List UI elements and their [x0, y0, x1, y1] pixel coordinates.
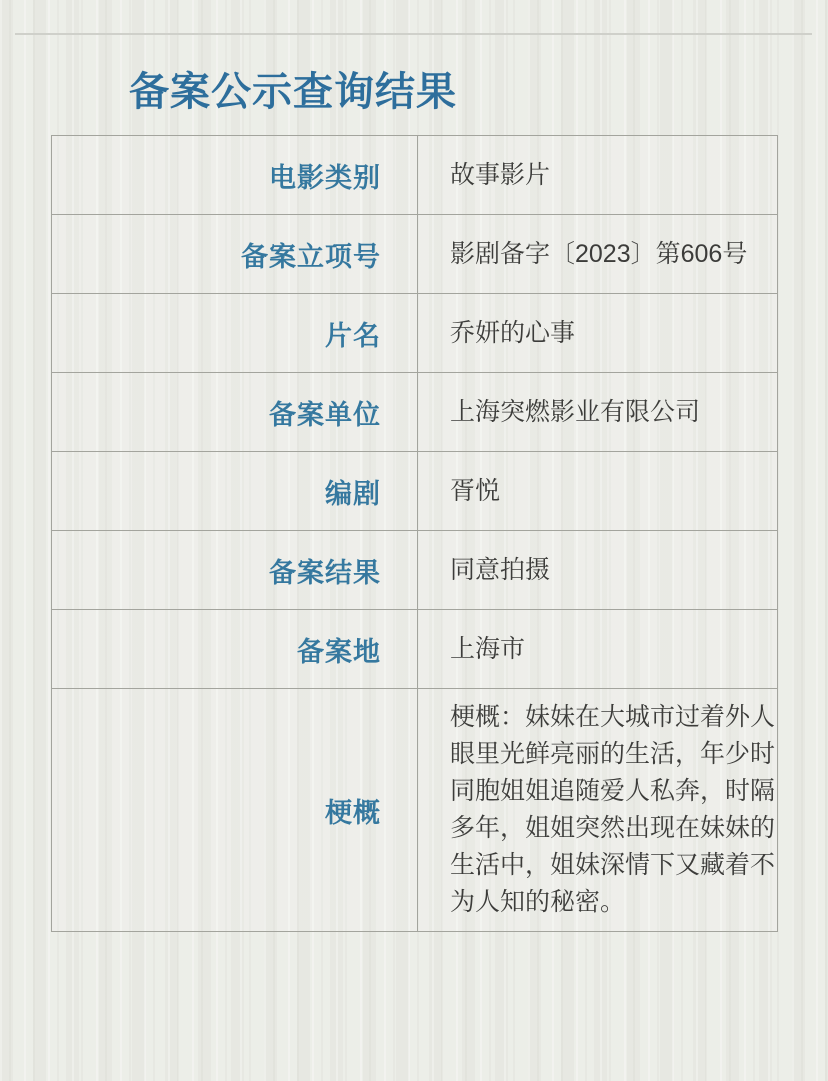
filing-result-page: { "page": { "title": "备案公示查询结果" }, "tabl… [0, 0, 828, 1081]
row-label: 梗概 [52, 689, 418, 932]
row-label: 备案单位 [52, 373, 418, 452]
row-value: 梗概：妹妹在大城市过着外人眼里光鲜亮丽的生活，年少时同胞姐姐追随爱人私奔，时隔多… [418, 689, 778, 932]
page-title: 备案公示查询结果 [129, 69, 457, 115]
row-label: 备案立项号 [52, 215, 418, 294]
row-label: 编剧 [52, 452, 418, 531]
row-value-text: 上海突燃影业有限公司 [450, 394, 700, 431]
table-row: 电影类别故事影片 [52, 136, 778, 215]
table-row: 片名乔妍的心事 [52, 294, 778, 373]
table-row: 备案单位上海突燃影业有限公司 [52, 373, 778, 452]
row-value: 同意拍摄 [418, 531, 778, 610]
filing-result-table: 电影类别故事影片备案立项号影剧备字〔2023〕第606号片名乔妍的心事备案单位上… [51, 135, 778, 932]
row-value-text: 故事影片 [450, 157, 550, 194]
row-value-text: 乔妍的心事 [450, 315, 575, 352]
row-label: 片名 [52, 294, 418, 373]
table-row: 编剧胥悦 [52, 452, 778, 531]
table-row: 备案地上海市 [52, 610, 778, 689]
row-label: 电影类别 [52, 136, 418, 215]
table-row: 梗概梗概：妹妹在大城市过着外人眼里光鲜亮丽的生活，年少时同胞姐姐追随爱人私奔，时… [52, 689, 778, 932]
top-divider-line [15, 33, 812, 35]
row-label: 备案地 [52, 610, 418, 689]
table-row: 备案结果同意拍摄 [52, 531, 778, 610]
row-value: 上海突燃影业有限公司 [418, 373, 778, 452]
row-value: 乔妍的心事 [418, 294, 778, 373]
row-value: 胥悦 [418, 452, 778, 531]
row-label: 备案结果 [52, 531, 418, 610]
row-value-text: 上海市 [450, 631, 525, 668]
row-value-text: 影剧备字〔2023〕第606号 [450, 236, 747, 273]
row-value-text: 胥悦 [450, 473, 500, 510]
row-value: 影剧备字〔2023〕第606号 [418, 215, 778, 294]
table-row: 备案立项号影剧备字〔2023〕第606号 [52, 215, 778, 294]
row-value: 上海市 [418, 610, 778, 689]
filing-table-body: 电影类别故事影片备案立项号影剧备字〔2023〕第606号片名乔妍的心事备案单位上… [52, 136, 778, 932]
row-value: 故事影片 [418, 136, 778, 215]
row-value-text: 梗概：妹妹在大城市过着外人眼里光鲜亮丽的生活，年少时同胞姐姐追随爱人私奔，时隔多… [450, 699, 777, 921]
row-value-text: 同意拍摄 [450, 552, 550, 589]
